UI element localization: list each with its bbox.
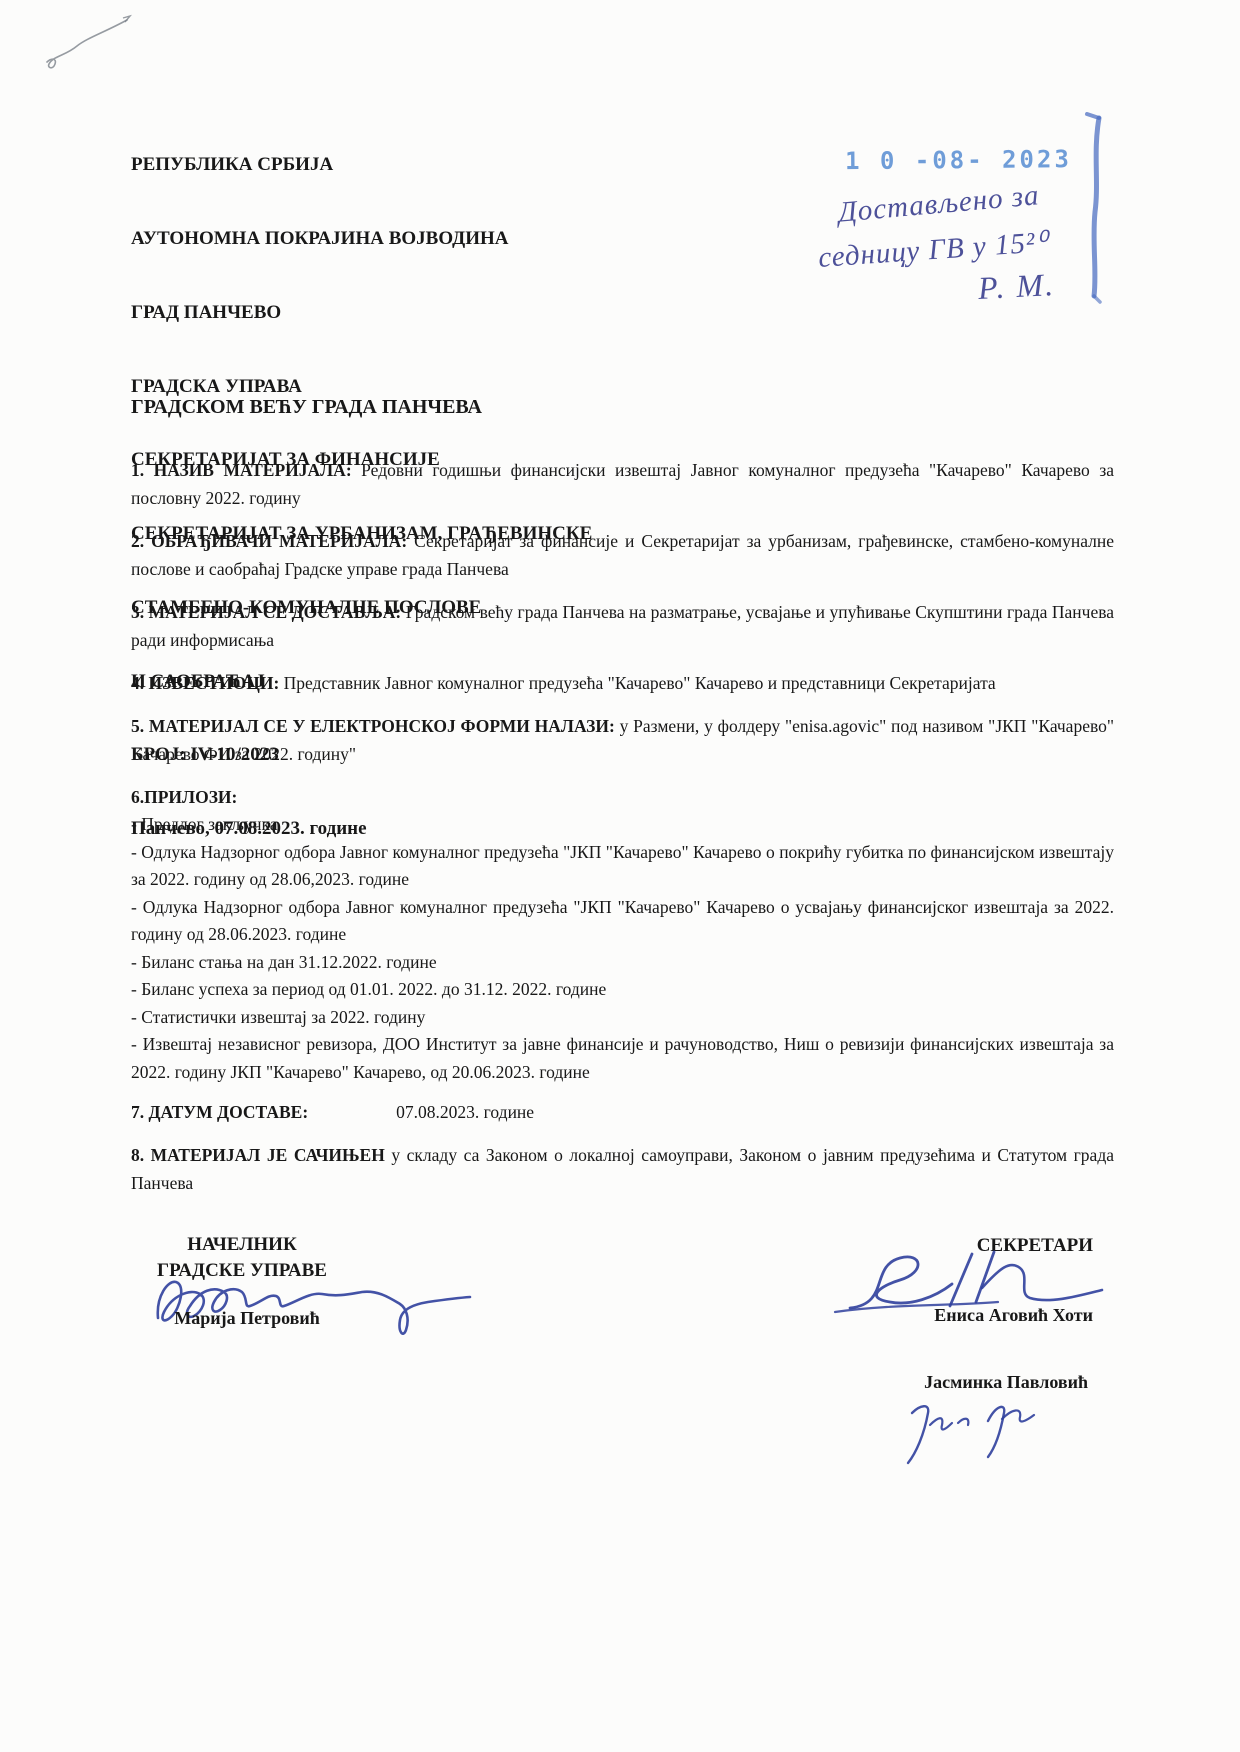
section-paragraph-2: 2. ОБРАЂИВАЧИ МАТЕРИЈАЛА: Секретаријат з…	[131, 527, 1114, 583]
section-label-8: 8. МАТЕРИЈАЛ ЈЕ САЧИЊЕН	[131, 1145, 385, 1165]
delivery-label: 7. ДАТУМ ДОСТАВЕ:	[131, 1102, 308, 1122]
letterhead-line: РЕПУБЛИКА СРБИЈА	[131, 153, 592, 178]
signature-jasminka-pavlovic	[900, 1395, 1090, 1470]
attachment-item-5: - Биланс успеха за период од 01.01. 2022…	[131, 976, 1114, 1004]
attachment-item-3: - Одлука Надзорног одбора Јавног комунал…	[131, 894, 1114, 949]
right-signer-name-1: Ениса Аговић Хоти	[820, 1305, 1093, 1326]
attachments-list: - Предлог закључка - Одлука Надзорног од…	[131, 811, 1114, 1086]
scanned-document-page: РЕПУБЛИКА СРБИЈА АУТОНОМНА ПОКРАЈИНА ВОЈ…	[0, 0, 1240, 1752]
attachment-item-6: - Статистички извештај за 2022. годину	[131, 1004, 1114, 1032]
letterhead-line: ГРАД ПАНЧЕВО	[131, 301, 592, 326]
delivery-value: 07.08.2023. године	[396, 1102, 534, 1122]
delivery-date-paragraph: 7. ДАТУМ ДОСТАВЕ:07.08.2023. године	[131, 1098, 1114, 1126]
section-label-1: 1. НАЗИВ МАТЕРИЈАЛА:	[131, 460, 352, 480]
attachment-item-7: - Извештај независног ревизора, ДОО Инст…	[131, 1031, 1114, 1086]
section-paragraph-8: 8. МАТЕРИЈАЛ ЈЕ САЧИЊЕН у складу са Зако…	[131, 1141, 1114, 1197]
attachments-heading: 6.ПРИЛОЗИ:	[131, 783, 1114, 811]
attachment-item-2: - Одлука Надзорног одбора Јавног комунал…	[131, 839, 1114, 894]
section-paragraph-4: 4. ИЗВЕСТИОЦИ: Представник Јавног комуна…	[131, 669, 1114, 697]
section-label-5: 5. МАТЕРИЈАЛ СЕ У ЕЛЕКТРОНСКОЈ ФОРМИ НАЛ…	[131, 716, 615, 736]
section-paragraph-1: 1. НАЗИВ МАТЕРИЈАЛА: Редовни годишњи фин…	[131, 456, 1114, 512]
received-date-stamp: 1 0 -08- 2023	[845, 145, 1105, 175]
section-paragraph-3: 3. МАТЕРИЈАЛ СЕ ДОСТАВЉА: Градском већу …	[131, 598, 1114, 654]
right-signer-name-2: Јасминка Павловић	[820, 1372, 1088, 1393]
section-text-4: Представник Јавног комуналног предузећа …	[284, 673, 996, 693]
handwritten-note-line1: Достављено за	[837, 179, 1041, 229]
attachment-item-4: - Биланс стања на дан 31.12.2022. године	[131, 949, 1114, 977]
letterhead-line: АУТОНОМНА ПОКРАЈИНА ВОЈВОДИНА	[131, 227, 592, 252]
left-signer-title-line1: НАЧЕЛНИК	[131, 1232, 353, 1258]
attachment-item-1: - Предлог закључка	[131, 811, 1114, 839]
section-label-4: 4. ИЗВЕСТИОЦИ:	[131, 673, 279, 693]
corner-pen-scribble	[35, 12, 135, 82]
section-paragraph-5: 5. МАТЕРИЈАЛ СЕ У ЕЛЕКТРОНСКОЈ ФОРМИ НАЛ…	[131, 712, 1114, 768]
addressee-heading: ГРАДСКОМ ВЕЋУ ГРАДА ПАНЧЕВА	[131, 396, 482, 419]
section-label-3: 3. МАТЕРИЈАЛ СЕ ДОСТАВЉА:	[131, 602, 401, 622]
document-body: 1. НАЗИВ МАТЕРИЈАЛА: Редовни годишњи фин…	[131, 456, 1114, 1212]
section-label-2: 2. ОБРАЂИВАЧИ МАТЕРИЈАЛА:	[131, 531, 407, 551]
stamp-bracket-mark	[1084, 112, 1110, 307]
left-signer-name: Марија Петровић	[131, 1308, 363, 1329]
handwritten-initials: Р. М.	[977, 266, 1056, 307]
